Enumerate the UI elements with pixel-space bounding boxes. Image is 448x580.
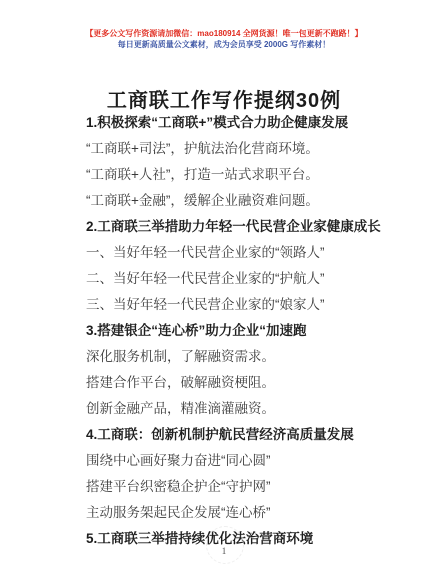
section-heading-3: 3.搭建银企“连心桥”助力企业“加速跑 bbox=[86, 318, 400, 344]
outline-line: 深化服务机制，了解融资需求。 bbox=[86, 344, 400, 370]
outline-line: “工商联+金融”，缓解企业融资难问题。 bbox=[86, 188, 400, 214]
section-heading-2: 2.工商联三举措助力年轻一代民营企业家健康成长 bbox=[86, 214, 400, 240]
outline-line: “工商联+人社”，打造一站式求职平台。 bbox=[86, 162, 400, 188]
page-number: 1 bbox=[0, 546, 448, 556]
outline-line: 主动服务架起民企发展“连心桥” bbox=[86, 500, 400, 526]
outline-line: 围绕中心画好聚力奋进“同心圆” bbox=[86, 448, 400, 474]
promo-header: 【更多公文写作资源请加微信：mao180914 全网货源！唯一包更新不跑路！】 … bbox=[0, 28, 448, 51]
promo-header-line1: 【更多公文写作资源请加微信：mao180914 全网货源！唯一包更新不跑路！】 bbox=[0, 28, 448, 39]
outline-line: 一、当好年轻一代民营企业家的“领路人” bbox=[86, 240, 400, 266]
outline-line: 搭建合作平台，破解融资梗阻。 bbox=[86, 370, 400, 396]
outline-line: “工商联+司法”，护航法治化营商环境。 bbox=[86, 136, 400, 162]
outline-line: 搭建平台织密稳企护企“守护网” bbox=[86, 474, 400, 500]
document-page: 【更多公文写作资源请加微信：mao180914 全网货源！唯一包更新不跑路！】 … bbox=[0, 0, 448, 580]
document-title: 工商联工作写作提纲30例 bbox=[0, 84, 448, 113]
outline-line: 二、当好年轻一代民营企业家的“护航人” bbox=[86, 266, 400, 292]
promo-header-line2: 每日更新高质量公文素材，成为会员享受 2000G 写作素材！ bbox=[0, 39, 448, 51]
outline-line: 创新金融产品，精准滴灌融资。 bbox=[86, 396, 400, 422]
section-heading-4: 4.工商联：创新机制护航民营经济高质量发展 bbox=[86, 422, 400, 448]
outline-content: 1.积极探索“工商联+”模式合力助企健康发展 “工商联+司法”，护航法治化营商环… bbox=[86, 110, 400, 552]
watermark-circle bbox=[206, 526, 244, 564]
outline-line: 三、当好年轻一代民营企业家的“娘家人” bbox=[86, 292, 400, 318]
section-heading-1: 1.积极探索“工商联+”模式合力助企健康发展 bbox=[86, 110, 400, 136]
